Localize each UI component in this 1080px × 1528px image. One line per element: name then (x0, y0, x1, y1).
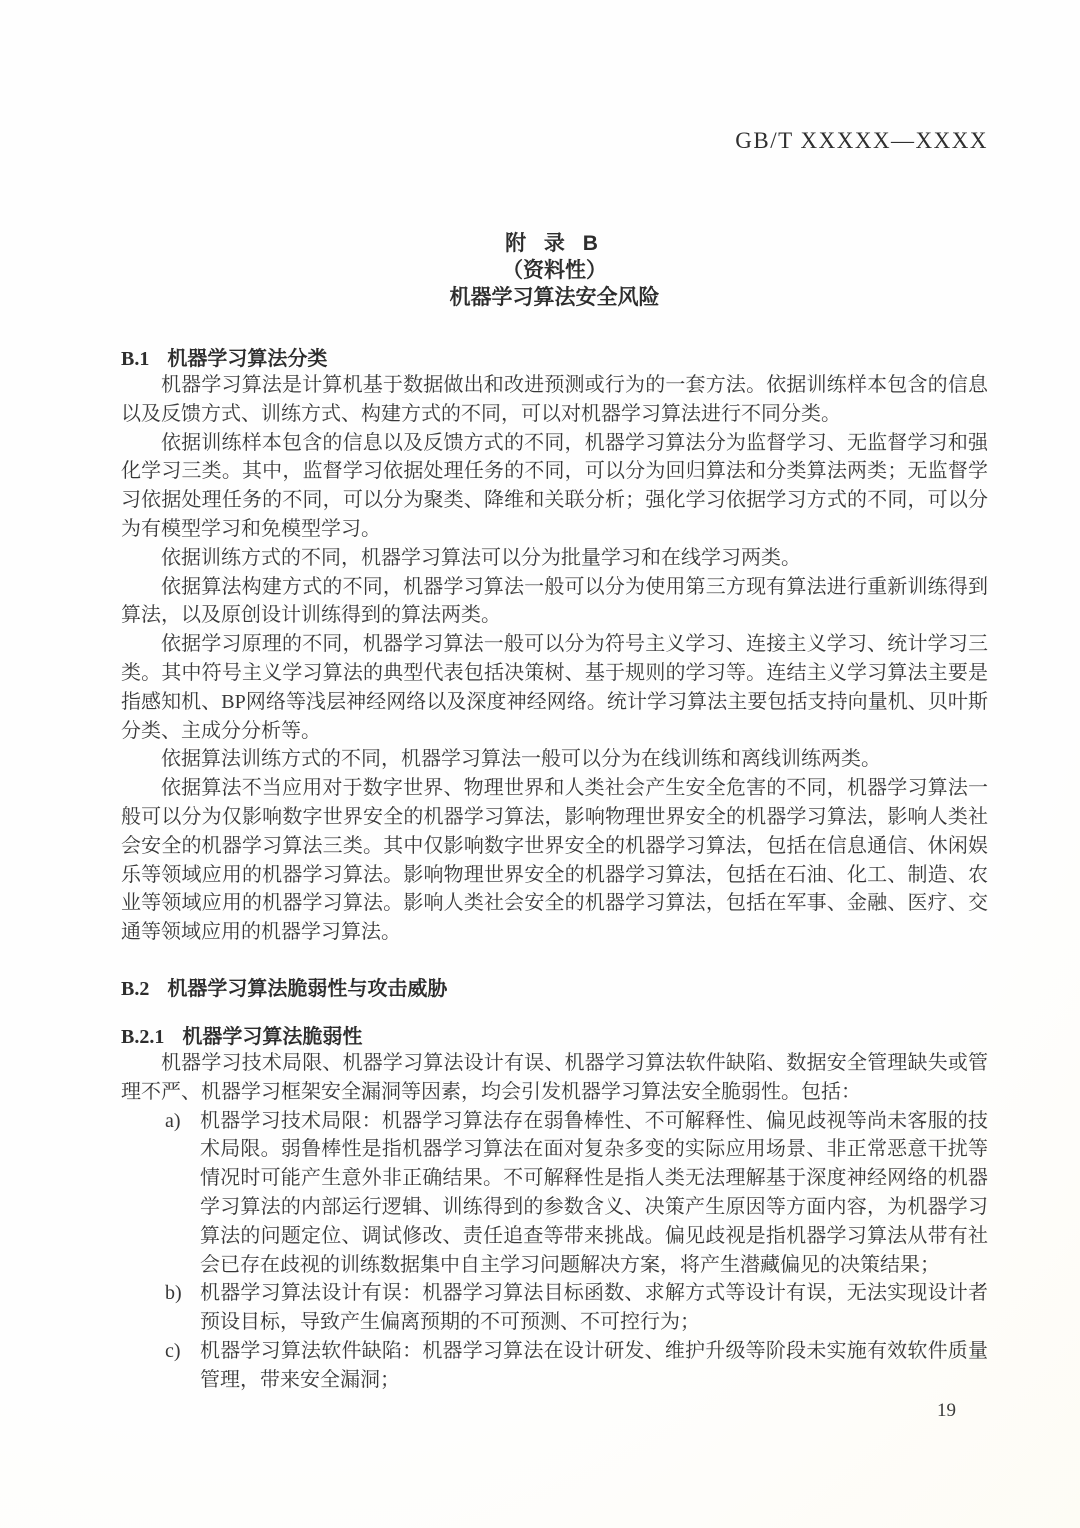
section-number-b1: B.1 (121, 347, 149, 371)
list-item: c) 机器学习算法软件缺陷：机器学习算法在设计研发、维护升级等阶段未实施有效软件… (165, 1337, 988, 1395)
list-item: b) 机器学习算法设计有误：机器学习算法目标函数、求解方式等设计有误，无法实现设… (165, 1279, 988, 1337)
paragraph: 依据学习原理的不同，机器学习算法一般可以分为符号主义学习、连接主义学习、统计学习… (121, 630, 988, 745)
list-marker: b) (165, 1279, 200, 1308)
section-heading-b2: B.2机器学习算法脆弱性与攻击威胁 (121, 977, 988, 1001)
list-item-text: 机器学习技术局限：机器学习算法存在弱鲁棒性、不可解释性、偏见歧视等尚未客服的技术… (200, 1107, 988, 1280)
paragraph: 机器学习技术局限、机器学习算法设计有误、机器学习算法软件缺陷、数据安全管理缺失或… (121, 1049, 988, 1107)
paragraph: 依据算法训练方式的不同，机器学习算法一般可以分为在线训练和离线训练两类。 (121, 745, 988, 774)
document-page: GB/T XXXXX—XXXX 附 录 B （资料性） 机器学习算法安全风险 B… (0, 0, 1080, 1528)
list-item-text: 机器学习算法软件缺陷：机器学习算法在设计研发、维护升级等阶段未实施有效软件质量管… (200, 1337, 988, 1395)
list-marker: a) (165, 1107, 200, 1136)
appendix-title-block: 附 录 B （资料性） 机器学习算法安全风险 (121, 230, 988, 311)
section-b1-body: 机器学习算法是计算机基于数据做出和改进预测或行为的一套方法。依据训练样本包含的信… (121, 371, 988, 947)
section-title-b2: 机器学习算法脆弱性与攻击威胁 (167, 978, 447, 1000)
section-b21-body: 机器学习技术局限、机器学习算法设计有误、机器学习算法软件缺陷、数据安全管理缺失或… (121, 1049, 988, 1395)
standard-number-header: GB/T XXXXX—XXXX (121, 128, 988, 154)
appendix-type: （资料性） (121, 257, 988, 284)
appendix-label: 附 录 B (121, 230, 988, 257)
page-number: 19 (788, 1400, 988, 1422)
paragraph: 依据训练样本包含的信息以及反馈方式的不同，机器学习算法分为监督学习、无监督学习和… (121, 429, 988, 544)
page-content: GB/T XXXXX—XXXX 附 录 B （资料性） 机器学习算法安全风险 B… (0, 128, 1080, 1395)
section-title-b1: 机器学习算法分类 (167, 348, 327, 370)
paragraph: 依据算法不当应用对于数字世界、物理世界和人类社会产生安全危害的不同，机器学习算法… (121, 774, 988, 947)
paragraph: 依据算法构建方式的不同，机器学习算法一般可以分为使用第三方现有算法进行重新训练得… (121, 573, 988, 631)
list-marker: c) (165, 1337, 200, 1366)
list-item-text: 机器学习算法设计有误：机器学习算法目标函数、求解方式等设计有误，无法实现设计者预… (200, 1279, 988, 1337)
section-heading-b1: B.1机器学习算法分类 (121, 347, 988, 371)
list-item: a) 机器学习技术局限：机器学习算法存在弱鲁棒性、不可解释性、偏见歧视等尚未客服… (165, 1107, 988, 1280)
section-number-b2: B.2 (121, 977, 149, 1001)
appendix-subject: 机器学习算法安全风险 (121, 284, 988, 311)
paragraph: 依据训练方式的不同，机器学习算法可以分为批量学习和在线学习两类。 (121, 544, 988, 573)
paragraph: 机器学习算法是计算机基于数据做出和改进预测或行为的一套方法。依据训练样本包含的信… (121, 371, 988, 429)
section-number-b21: B.2.1 (121, 1025, 164, 1049)
section-title-b21: 机器学习算法脆弱性 (182, 1026, 362, 1048)
section-heading-b21: B.2.1机器学习算法脆弱性 (121, 1025, 988, 1049)
vulnerability-list: a) 机器学习技术局限：机器学习算法存在弱鲁棒性、不可解释性、偏见歧视等尚未客服… (121, 1107, 988, 1395)
